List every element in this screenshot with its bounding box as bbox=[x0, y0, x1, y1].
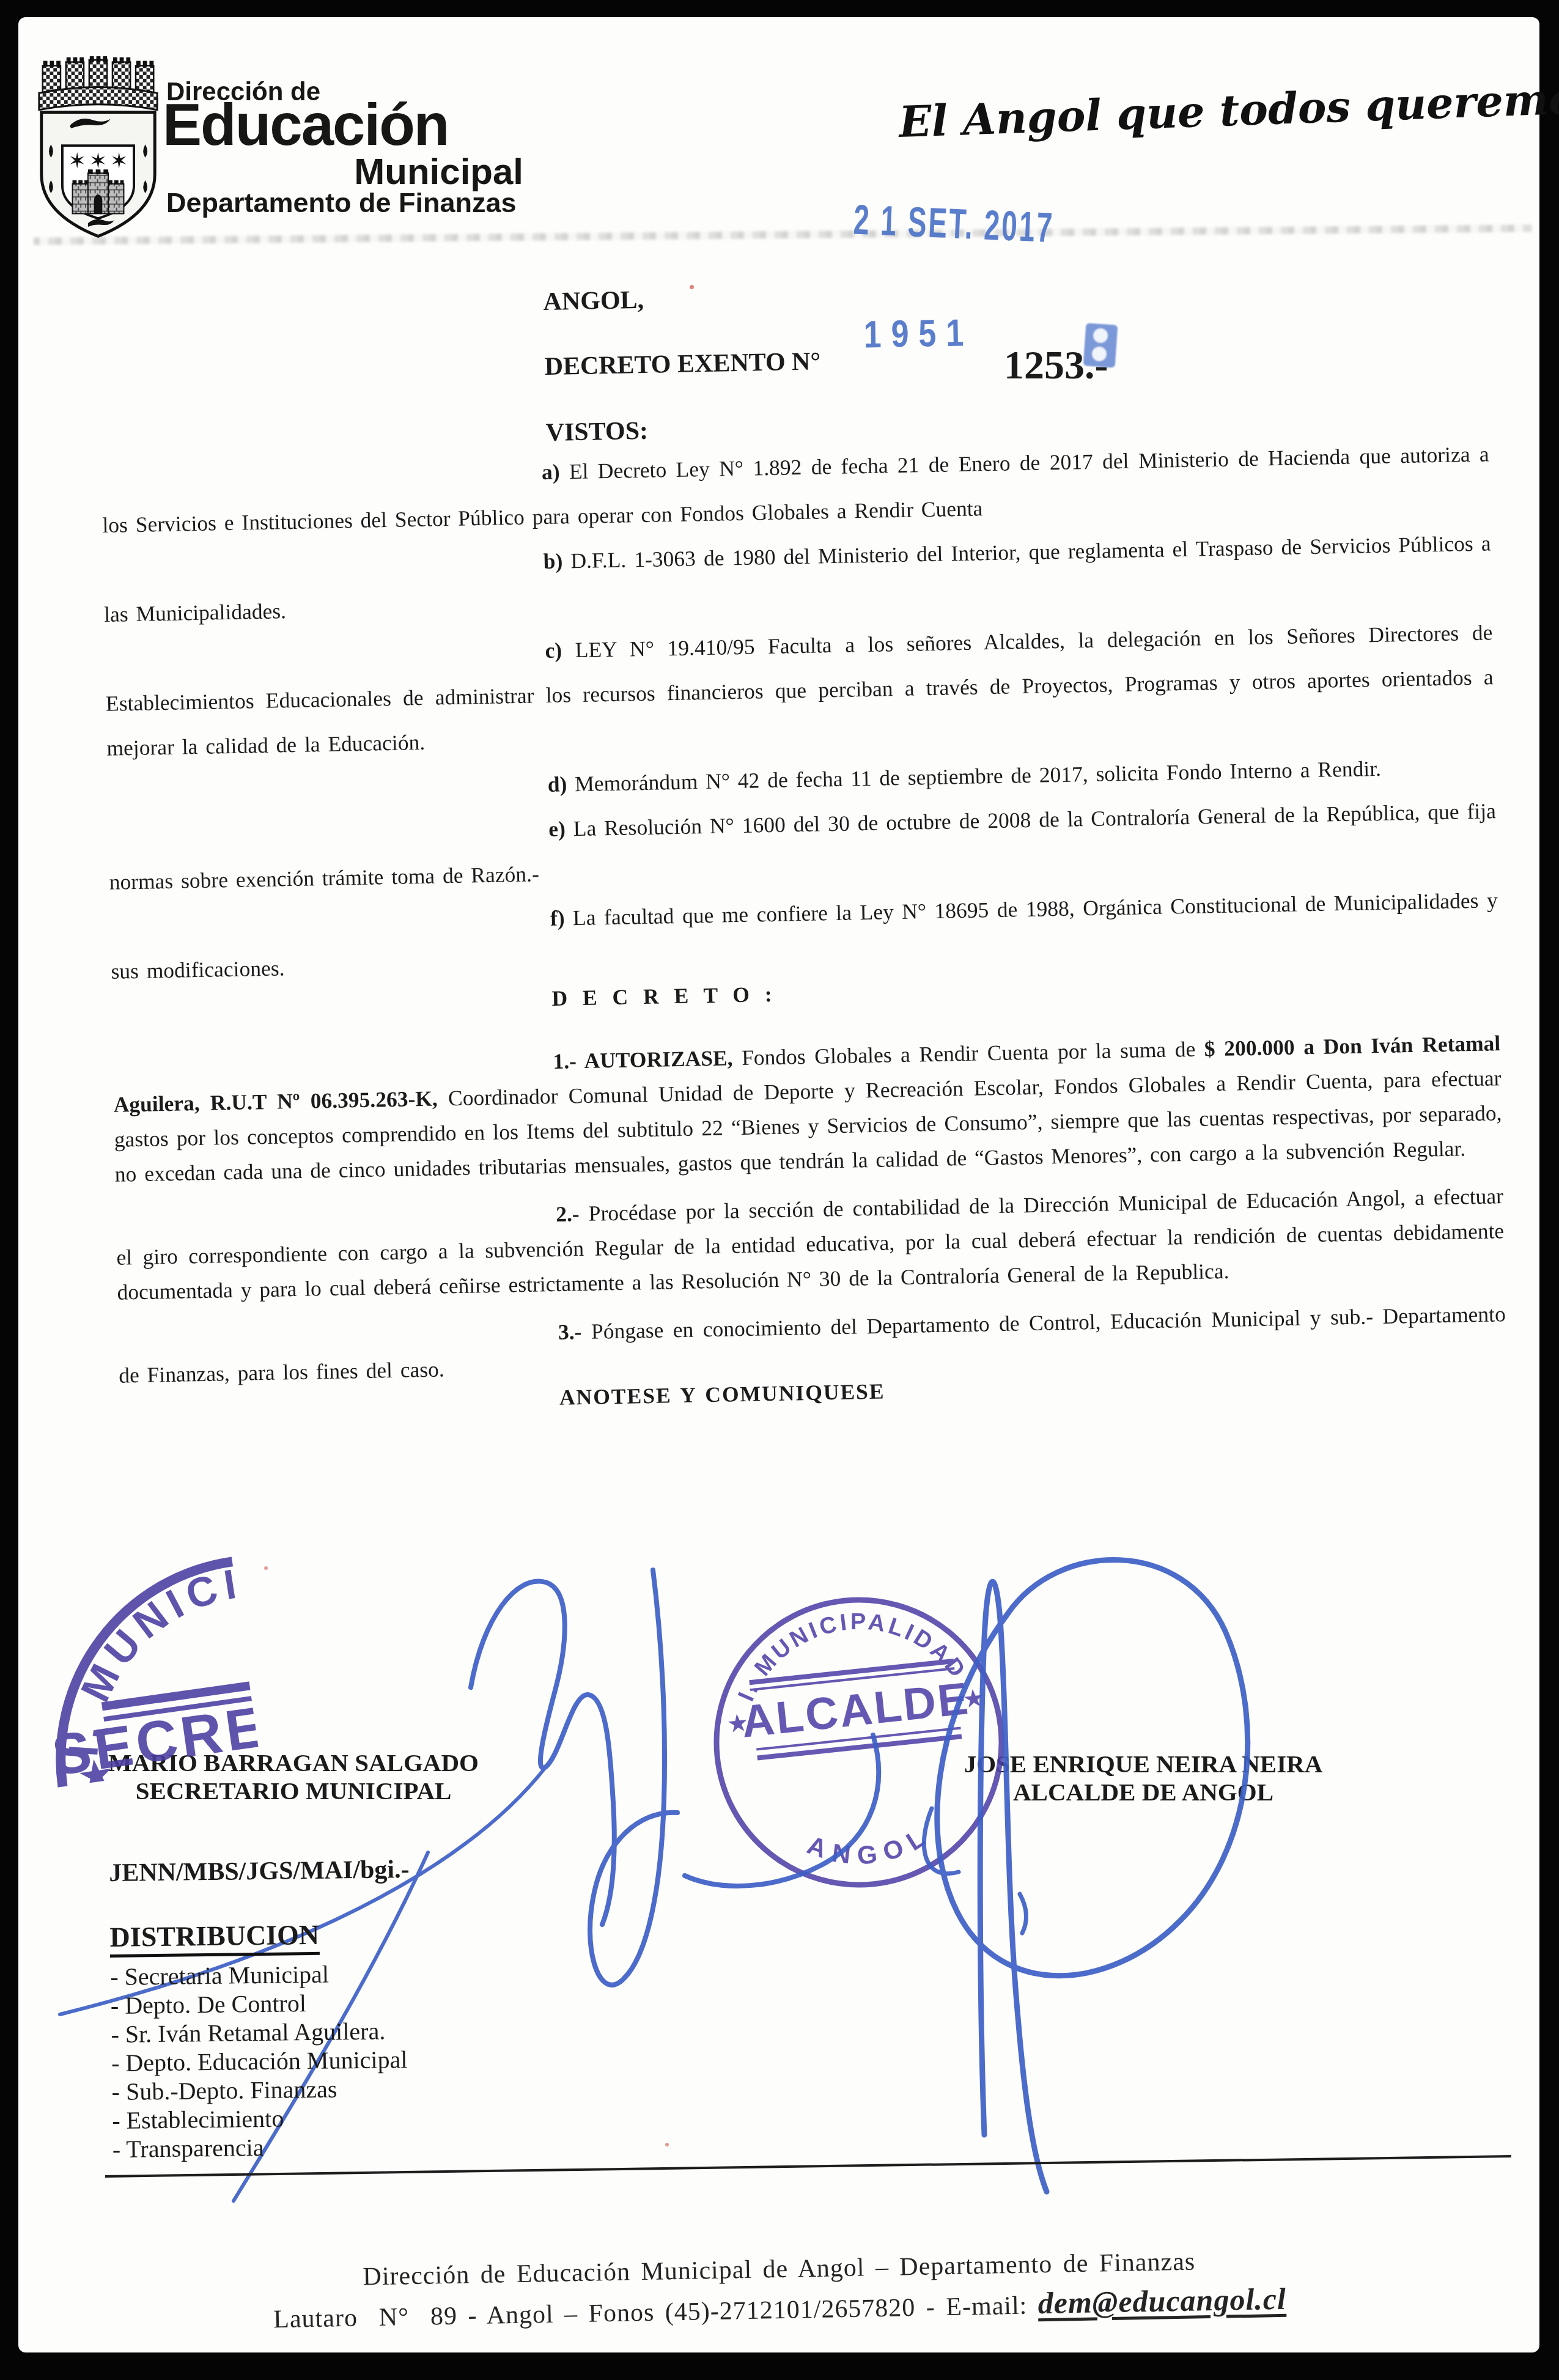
decree-paragraphs: a) El Decreto Ley N° 1.892 de fecha 21 d… bbox=[101, 432, 1507, 1418]
scanned-decree-page: ✶✶✶ Dirección de Educación Municipal Dep… bbox=[0, 0, 1559, 2380]
ink-smudge bbox=[1083, 323, 1118, 367]
decree-article: 1.- AUTORIZASE, Fondos Globales a Rendir… bbox=[112, 1026, 1503, 1192]
scan-speck bbox=[264, 1566, 268, 1570]
svg-text:ANGOL: ANGOL bbox=[801, 1818, 939, 1876]
distribution-title: DISTRIBUCION bbox=[109, 1918, 319, 1958]
shield: ✶✶✶ bbox=[42, 112, 155, 237]
articles-list: 1.- AUTORIZASE, Fondos Globales a Rendir… bbox=[112, 1026, 1506, 1393]
decree-label: DECRETO EXENTO N° bbox=[544, 347, 821, 381]
svg-text:✶: ✶ bbox=[110, 149, 128, 174]
stamp-alcalde: ALCALDE bbox=[739, 1673, 972, 1747]
svg-text:✶: ✶ bbox=[68, 149, 86, 174]
star-icon: ★ bbox=[725, 1709, 750, 1739]
crown bbox=[39, 56, 157, 110]
date-received-stamp: 2 1 SET. 2017 bbox=[853, 194, 1055, 252]
secretary-title: SECRETARIO MUNICIPAL bbox=[98, 1777, 489, 1805]
folio-number-stamp: 1951 bbox=[863, 311, 974, 357]
scan-speck bbox=[665, 2143, 669, 2146]
star-icon: ★ bbox=[961, 1684, 986, 1714]
scan-speck bbox=[690, 285, 694, 289]
city-line: ANGOL, bbox=[543, 286, 644, 317]
stamp-arc-bottom: ANGOL bbox=[801, 1818, 939, 1876]
header-educacion: Educación bbox=[163, 92, 448, 159]
vistos-item: c) LEY N° 19.410/95 Faculta a los señore… bbox=[105, 610, 1495, 771]
admin-block: JENN/MBS/JGS/MAI/bgi.- DISTRIBUCION - Se… bbox=[109, 1852, 663, 2164]
secretario-municipal-stamp: I. MUNICIPALIDAD SECRETARIO MUNICIPAL ★ … bbox=[12, 1541, 260, 1790]
header-departamento-finanzas: Departamento de Finanzas bbox=[166, 187, 517, 219]
alcalde-stamp: I. MUNICIPALIDAD ALCALDE ★ ★ ANGOL bbox=[691, 1574, 1027, 1910]
angol-coat-of-arms-icon: ✶✶✶ bbox=[35, 56, 161, 243]
vistos-list: a) El Decreto Ley N° 1.892 de fecha 21 d… bbox=[101, 432, 1498, 993]
distribution-list: - Secretaria Municipal- Depto. De Contro… bbox=[110, 1956, 663, 2164]
header-municipal: Municipal bbox=[165, 150, 523, 193]
vistos-label: VISTOS: bbox=[545, 416, 648, 448]
footer-email: dem@educangol.cl bbox=[1037, 2282, 1286, 2320]
decree-article: 2.- Procédase por la sección de contabil… bbox=[116, 1179, 1505, 1310]
